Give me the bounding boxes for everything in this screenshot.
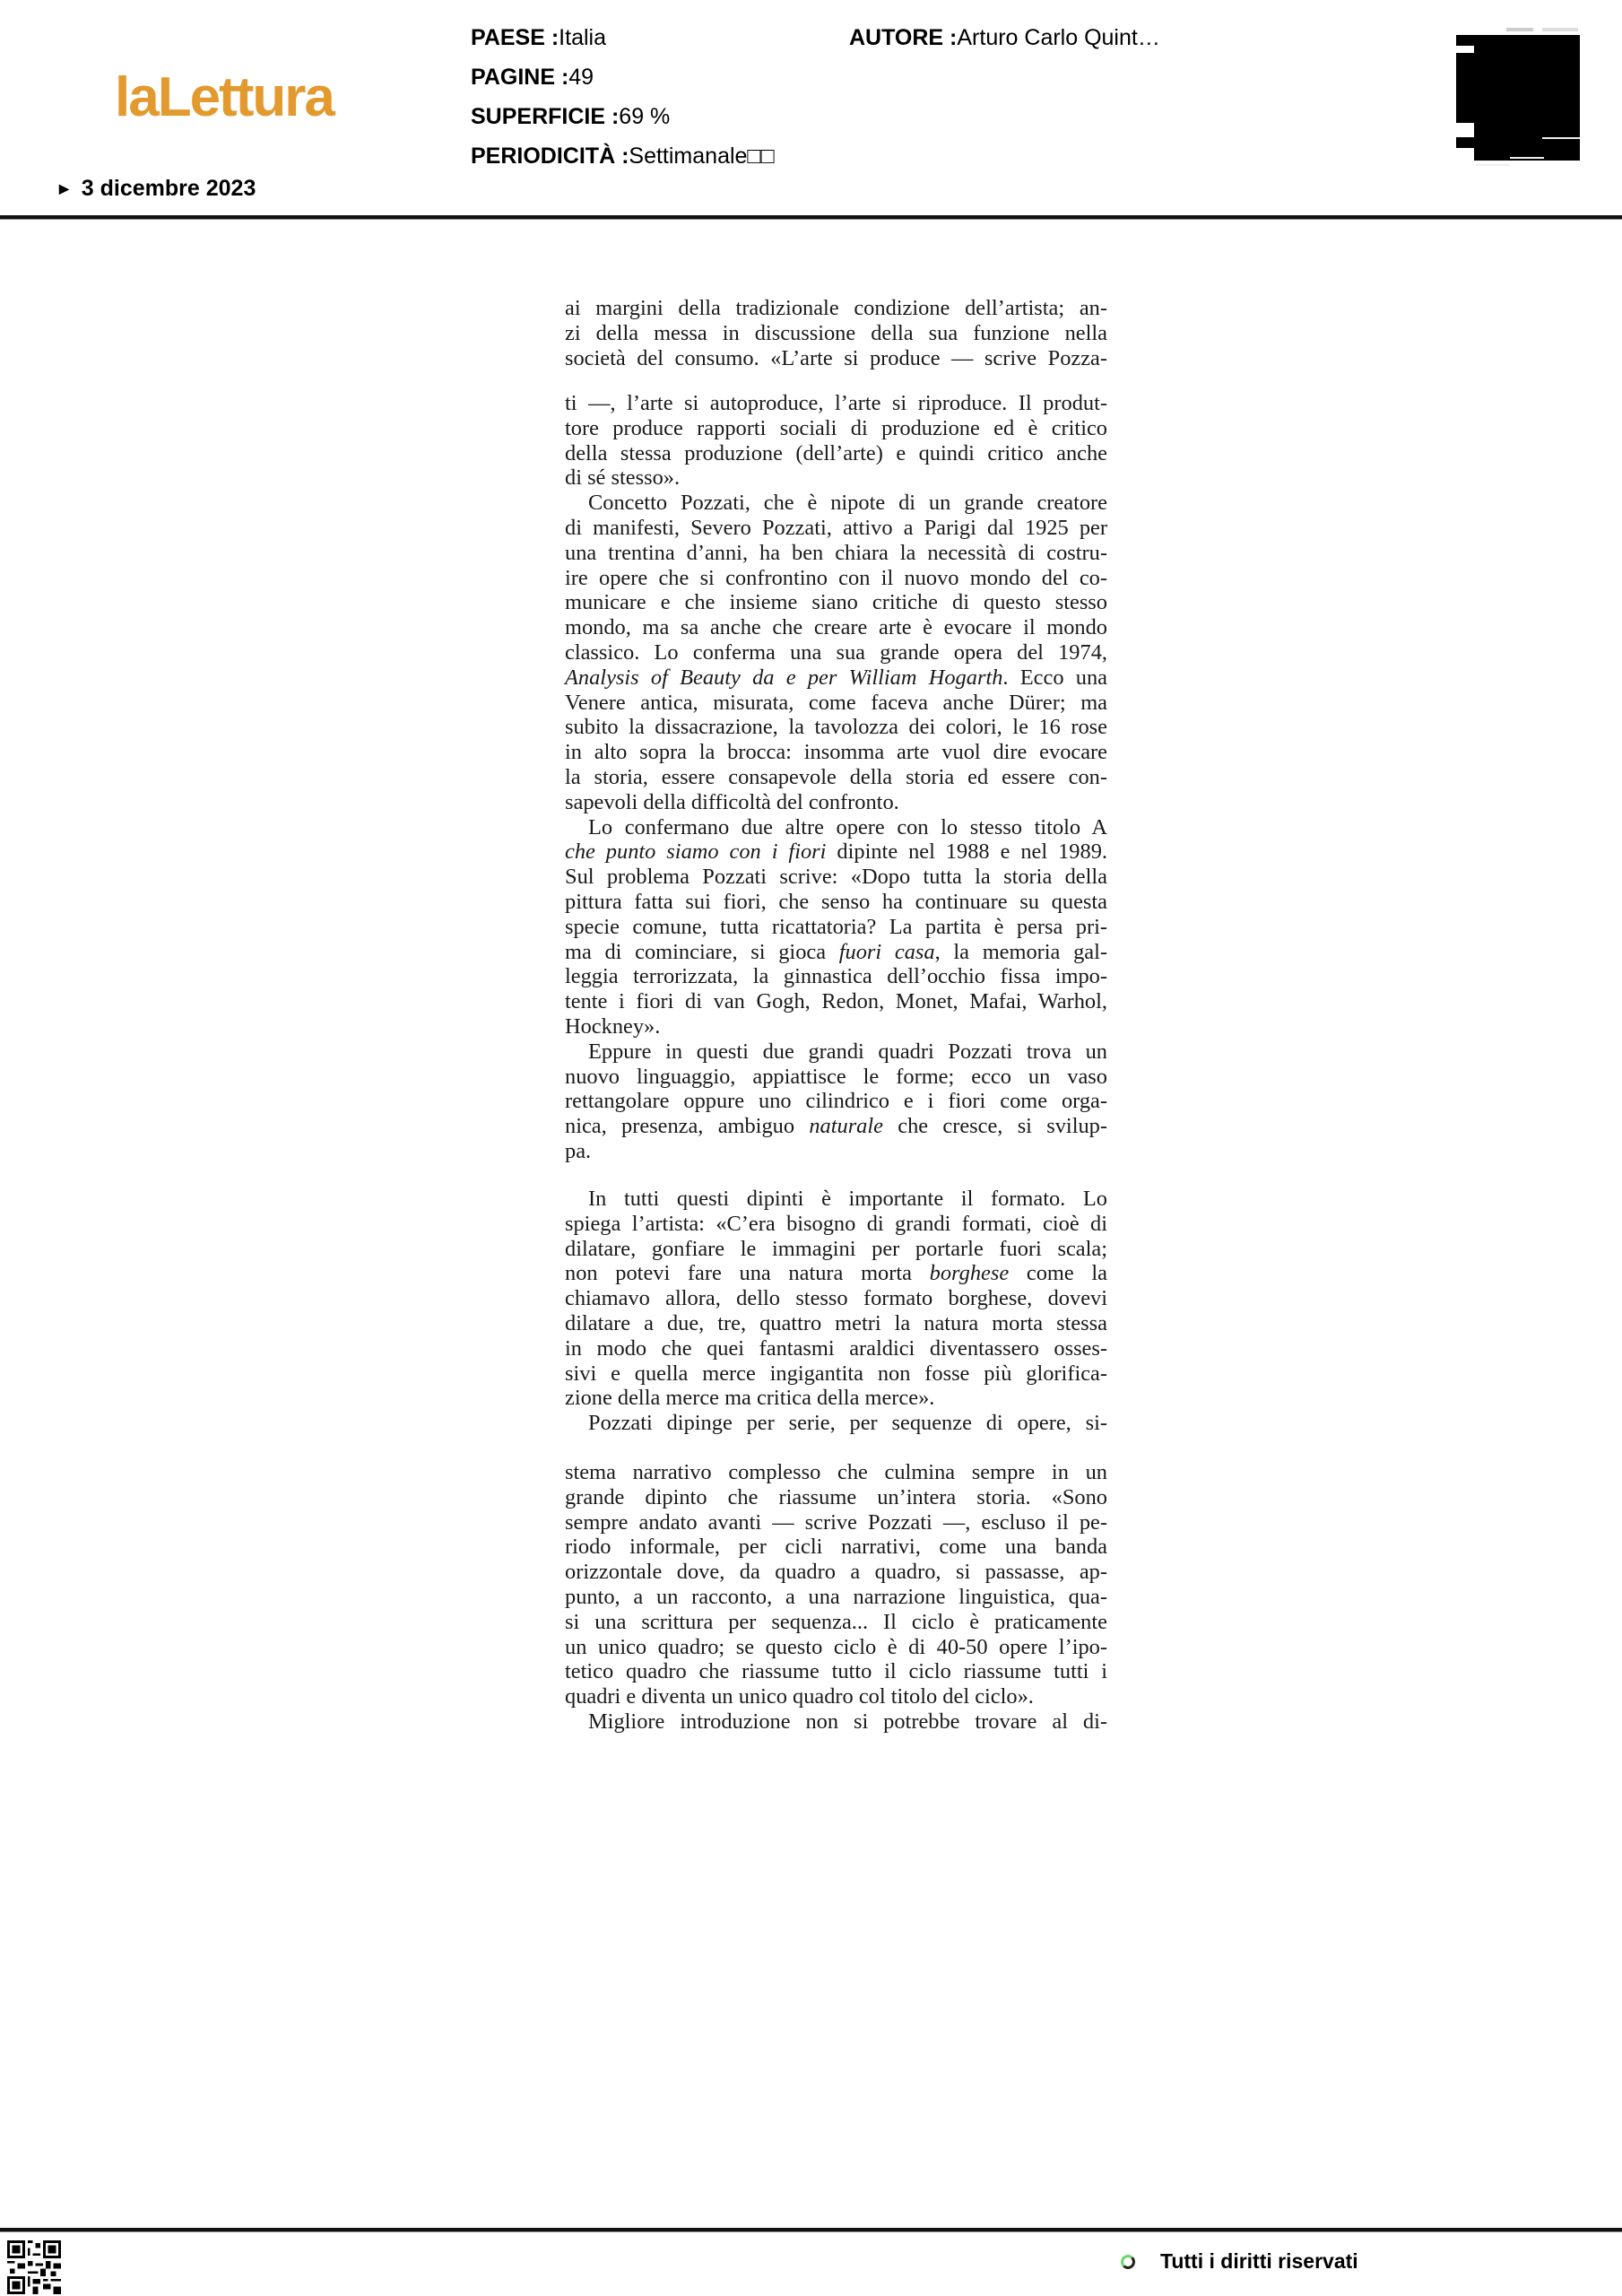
qr-code-icon[interactable] <box>7 2240 61 2294</box>
text-line: nica, presenza, ambiguo naturale che cre… <box>565 1114 1107 1139</box>
text-line: in modo che quei fantasmi araldici diven… <box>565 1336 1107 1361</box>
text-line: che punto siamo con i fiori dipinte nel … <box>565 839 1107 865</box>
progress-ring-icon <box>1121 2255 1135 2269</box>
publication-logo: laLettura <box>115 70 334 126</box>
text-line: ti —, l’arte si autoproduce, l’arte si r… <box>565 391 1107 416</box>
text-line: società del consumo. «L’arte si produce … <box>565 346 1107 371</box>
publication-date: ▶ 3 dicembre 2023 <box>59 176 256 202</box>
meta-label: PAGINE : <box>471 65 568 90</box>
text-run: . Ecco una <box>1002 665 1107 690</box>
text-run: che cresce, si svilup- <box>883 1114 1107 1138</box>
article-column-block: In tutti questi dipinti è importante il … <box>565 1187 1107 1436</box>
text-line: specie comune, tutta ricattatoria? La pa… <box>565 915 1107 940</box>
text-line: orizzontale dove, da quadro a quadro, si… <box>565 1560 1107 1585</box>
footer-rights: Tutti i diritti riservati <box>1121 2249 1358 2274</box>
text-line: ma di cominciare, si gioca fuori casa, l… <box>565 940 1107 965</box>
text-line: sapevoli della difficoltà del confronto. <box>565 790 1107 815</box>
text-line: tente i fiori di van Gogh, Redon, Monet,… <box>565 989 1107 1014</box>
text-line: un unico quadro; se questo ciclo è di 40… <box>565 1635 1107 1660</box>
text-line: Pozzati dipinge per serie, per sequenze … <box>565 1411 1107 1436</box>
page-thumbnail-icon <box>1453 22 1583 170</box>
italic-title: naturale <box>809 1114 883 1138</box>
meta-value: 49 <box>568 65 594 90</box>
text-line: zi della messa in discussione della sua … <box>565 321 1107 346</box>
date-text: 3 dicembre 2023 <box>82 176 256 202</box>
text-run: ma di cominciare, si gioca <box>565 940 839 964</box>
text-line: mondo, ma sa anche che creare arte è evo… <box>565 615 1107 640</box>
italic-title: Analysis of Beauty da e per William Hoga… <box>565 665 1002 690</box>
italic-title: borghese <box>930 1261 1010 1285</box>
text-line: Concetto Pozzati, che è nipote di un gra… <box>565 491 1107 516</box>
text-line: Venere antica, misurata, come faceva anc… <box>565 691 1107 716</box>
text-line: grande dipinto che riassume un’intera st… <box>565 1485 1107 1510</box>
text-line: sempre andato avanti — scrive Pozzati —,… <box>565 1510 1107 1535</box>
text-line: zione della merce ma critica della merce… <box>565 1386 1107 1411</box>
text-line: In tutti questi dipinti è importante il … <box>565 1187 1107 1212</box>
text-line: dilatare a due, tre, quattro metri la na… <box>565 1311 1107 1336</box>
text-line: tetico quadro che riassume tutto il cicl… <box>565 1659 1107 1684</box>
text-line: punto, a un racconto, a una narrazione l… <box>565 1585 1107 1610</box>
meta-value: Settimanale□□ <box>629 143 774 169</box>
meta-value: Arturo Carlo Quint… <box>957 25 1159 50</box>
meta-periodicita: PERIODICITÀ :Settimanale□□ <box>471 145 775 168</box>
text-line: chiamavo allora, dello stesso formato bo… <box>565 1286 1107 1311</box>
meta-label: AUTORE : <box>849 25 957 50</box>
meta-label: PAESE : <box>471 25 559 50</box>
text-line: leggia terrorizzata, la ginnastica dell’… <box>565 964 1107 989</box>
meta-paese: PAESE :Italia <box>471 27 606 49</box>
triangle-right-icon: ▶ <box>59 181 69 196</box>
text-line: spiega l’artista: «C’era bisogno di gran… <box>565 1212 1107 1237</box>
text-line: la storia, essere consapevole della stor… <box>565 765 1107 790</box>
meta-autore: AUTORE :Arturo Carlo Quint… <box>849 27 1160 49</box>
meta-pagine: PAGINE :49 <box>471 66 594 89</box>
text-line: dilatare, gonfiare le immagini per porta… <box>565 1237 1107 1262</box>
article-column-block: ai margini della tradizionale condizione… <box>565 296 1107 370</box>
text-line: della stessa produzione (dell’arte) e qu… <box>565 441 1107 466</box>
article-column-block: stema narrativo complesso che culmina se… <box>565 1460 1107 1735</box>
footer-divider <box>0 2228 1622 2231</box>
meta-label: SUPERFICIE : <box>471 104 619 129</box>
text-line: riodo informale, per cicli narrativi, co… <box>565 1535 1107 1560</box>
text-line: di manifesti, Severo Pozzati, attivo a P… <box>565 516 1107 541</box>
rights-text: Tutti i diritti riservati <box>1160 2249 1358 2274</box>
header-divider <box>0 215 1622 219</box>
text-run: nica, presenza, ambiguo <box>565 1114 809 1138</box>
text-line: tore produce rapporti sociali di produzi… <box>565 416 1107 441</box>
text-line: classico. Lo conferma una sua grande ope… <box>565 640 1107 665</box>
text-line: in alto sopra la brocca: insomma arte vu… <box>565 740 1107 765</box>
meta-value: Italia <box>559 25 606 50</box>
text-line: municare e che insieme siano critiche di… <box>565 590 1107 615</box>
italic-title: che punto siamo con i fiori <box>565 839 826 864</box>
text-line: Analysis of Beauty da e per William Hoga… <box>565 665 1107 691</box>
meta-superficie: SUPERFICIE :69 % <box>471 106 670 128</box>
text-line: Migliore introduzione non si potrebbe tr… <box>565 1709 1107 1735</box>
meta-value: 69 % <box>619 104 670 129</box>
text-line: stema narrativo complesso che culmina se… <box>565 1460 1107 1485</box>
text-line: quadri e diventa un unico quadro col tit… <box>565 1684 1107 1709</box>
meta-label: PERIODICITÀ : <box>471 143 629 169</box>
text-line: pa. <box>565 1139 1107 1164</box>
text-line: Sul problema Pozzati scrive: «Dopo tutta… <box>565 865 1107 890</box>
text-line: nuovo linguaggio, appiattisce le forme; … <box>565 1065 1107 1090</box>
text-line: Eppure in questi due grandi quadri Pozza… <box>565 1039 1107 1065</box>
text-line: ire opere che si confrontino con il nuov… <box>565 566 1107 591</box>
text-line: non potevi fare una natura morta borghes… <box>565 1261 1107 1286</box>
text-line: si una scrittura per sequenza... Il cicl… <box>565 1610 1107 1635</box>
text-line: pittura fatta sui fiori, che senso ha co… <box>565 890 1107 915</box>
text-line: sivi e quella merce ingigantita non foss… <box>565 1361 1107 1387</box>
italic-title: fuori casa <box>839 940 935 964</box>
text-run: non potevi fare una natura morta <box>565 1261 930 1285</box>
text-run: come la <box>1009 1261 1107 1285</box>
text-line: di sé stesso». <box>565 465 1107 491</box>
text-line: una trentina d’anni, ha ben chiara la ne… <box>565 541 1107 566</box>
text-line: subito la dissacrazione, la tavolozza de… <box>565 715 1107 740</box>
text-line: Lo confermano due altre opere con lo ste… <box>565 815 1107 840</box>
text-run: dipinte nel 1988 e nel 1989. <box>826 839 1107 864</box>
article-column-block: ti —, l’arte si autoproduce, l’arte si r… <box>565 391 1107 1164</box>
text-line: ai margini della tradizionale condizione… <box>565 296 1107 321</box>
text-line: Hockney». <box>565 1014 1107 1039</box>
text-run: , la memoria gal- <box>935 940 1107 964</box>
text-line: rettangolare oppure uno cilindrico e i f… <box>565 1089 1107 1114</box>
